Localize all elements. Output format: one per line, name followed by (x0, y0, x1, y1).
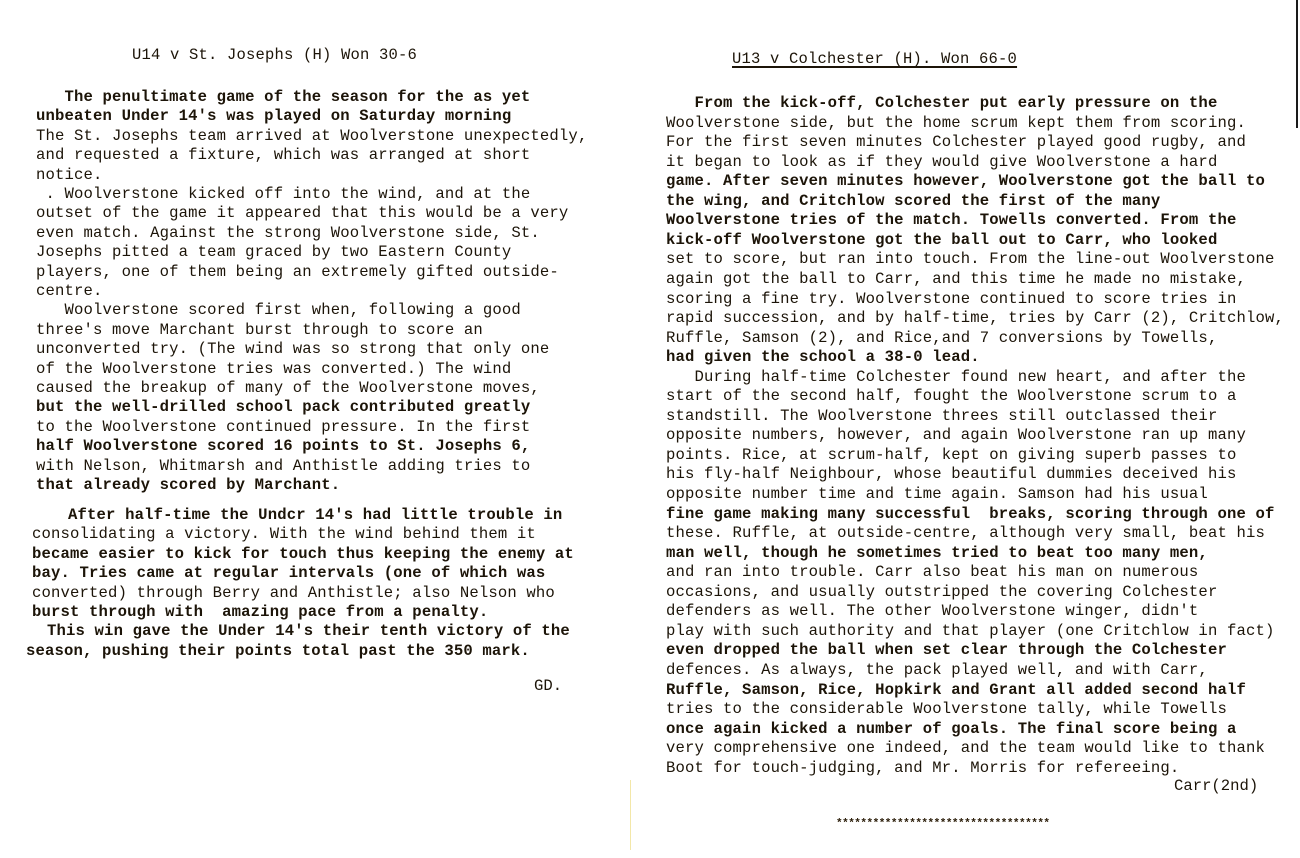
text-line: For the first seven minutes Colchester p… (666, 133, 1246, 152)
text-line: converted) through Berry and Anthistle; … (32, 584, 555, 603)
text-line: occasions, and usually outstripped the c… (666, 583, 1217, 602)
text-line: season, pushing their points total past … (26, 642, 530, 661)
text-line: Ruffle, Samson, Rice, Hopkirk and Grant … (666, 681, 1246, 700)
text-line: man well, though he sometimes tried to b… (666, 544, 1208, 563)
article-signature: GD. (534, 677, 562, 695)
text-line: points. Rice, at scrum-half, kept on giv… (666, 446, 1236, 465)
text-line: outset of the game it appeared that this… (36, 204, 568, 223)
article-signature: Carr(2nd) (1174, 777, 1258, 795)
text-line: and requested a fixture, which was arran… (36, 146, 530, 165)
text-line: standstill. The Woolverstone threes stil… (666, 407, 1217, 426)
text-line: unbeaten Under 14's was played on Saturd… (36, 107, 511, 126)
text-line: his fly-half Neighbour, whose beautiful … (666, 465, 1236, 484)
text-line: bay. Tries came at regular intervals (on… (32, 564, 545, 583)
text-line: start of the second half, fought the Woo… (666, 387, 1236, 406)
text-line: The penultimate game of the season for t… (36, 88, 530, 107)
text-line: opposite numbers, however, and again Woo… (666, 426, 1246, 445)
text-line: but the well-drilled school pack contrib… (36, 398, 530, 417)
text-line: even dropped the ball when set clear thr… (666, 641, 1227, 660)
text-line: Woolverstone scored first when, followin… (36, 301, 521, 320)
text-line: burst through with amazing pace from a p… (32, 603, 488, 622)
text-line: opposite number time and time again. Sam… (666, 485, 1208, 504)
text-line: very comprehensive one indeed, and the t… (666, 739, 1265, 758)
text-line: During half-time Colchester found new he… (666, 368, 1246, 387)
text-line: After half-time the Undcr 14's had littl… (30, 506, 562, 525)
text-line: unconverted try. (The wind was so strong… (36, 340, 549, 359)
text-line: once again kicked a number of goals. The… (666, 720, 1236, 739)
text-line: Ruffle, Samson (2), and Rice,and 7 conve… (666, 329, 1217, 348)
fold-mark (630, 780, 631, 850)
text-line: From the kick-off, Colchester put early … (666, 94, 1217, 113)
text-line: rapid succession, and by half-time, trie… (666, 309, 1284, 328)
text-line: half Woolverstone scored 16 points to St… (36, 437, 530, 456)
text-line: players, one of them being an extremely … (36, 263, 559, 282)
text-line: caused the breakup of many of the Woolve… (36, 379, 540, 398)
article-title: U14 v St. Josephs (H) Won 30-6 (132, 46, 417, 64)
text-line: play with such authority and that player… (666, 622, 1275, 641)
text-line: three's move Marchant burst through to s… (36, 321, 483, 340)
text-line: again got the ball to Carr, and this tim… (666, 270, 1246, 289)
scanned-newsletter-page: U14 v St. Josephs (H) Won 30-6 The penul… (0, 0, 1300, 858)
text-line: tries to the considerable Woolverstone t… (666, 700, 1227, 719)
text-line: had given the school a 38-0 lead. (666, 348, 980, 367)
text-line: The St. Josephs team arrived at Woolvers… (36, 127, 587, 146)
text-line: with Nelson, Whitmarsh and Anthistle add… (36, 457, 530, 476)
text-line: fine game making many successful breaks,… (666, 505, 1275, 524)
text-line: to the Woolverstone continued pressure. … (36, 418, 530, 437)
text-line: even match. Against the strong Woolverst… (36, 224, 540, 243)
text-line: Woolverstone side, but the home scrum ke… (666, 114, 1246, 133)
text-line: . Woolverstone kicked off into the wind,… (36, 185, 530, 204)
page-edge-line (1296, 0, 1298, 128)
text-line: it began to look as if they would give W… (666, 153, 1217, 172)
text-line: scoring a fine try. Woolverstone continu… (666, 290, 1236, 309)
text-line: Boot for touch-judging, and Mr. Morris f… (666, 759, 1179, 778)
text-line: centre. (36, 282, 103, 301)
article-title: U13 v Colchester (H). Won 66-0 (732, 50, 1017, 68)
text-line: Josephs pitted a team graced by two East… (36, 243, 511, 262)
text-line: and ran into trouble. Carr also beat his… (666, 563, 1198, 582)
text-line: the wing, and Critchlow scored the first… (666, 192, 1160, 211)
text-line: set to score, but ran into touch. From t… (666, 250, 1275, 269)
text-line: kick-off Woolverstone got the ball out t… (666, 231, 1217, 250)
text-line: notice. (36, 166, 103, 185)
text-line: defences. As always, the pack played wel… (666, 661, 1208, 680)
text-line: became easier to kick for touch thus kee… (32, 545, 574, 564)
text-line: that already scored by Marchant. (36, 476, 340, 495)
text-line: Woolverstone tries of the match. Towells… (666, 211, 1236, 230)
text-line: these. Ruffle, at outside-centre, althou… (666, 524, 1265, 543)
text-line: This win gave the Under 14's their tenth… (28, 622, 570, 641)
text-line: game. After seven minutes however, Woolv… (666, 172, 1265, 191)
section-separator: *********************************** (836, 818, 1050, 830)
text-line: consolidating a victory. With the wind b… (32, 525, 536, 544)
text-line: of the Woolverstone tries was converted.… (36, 360, 511, 379)
text-line: defenders as well. The other Woolverston… (666, 602, 1198, 621)
